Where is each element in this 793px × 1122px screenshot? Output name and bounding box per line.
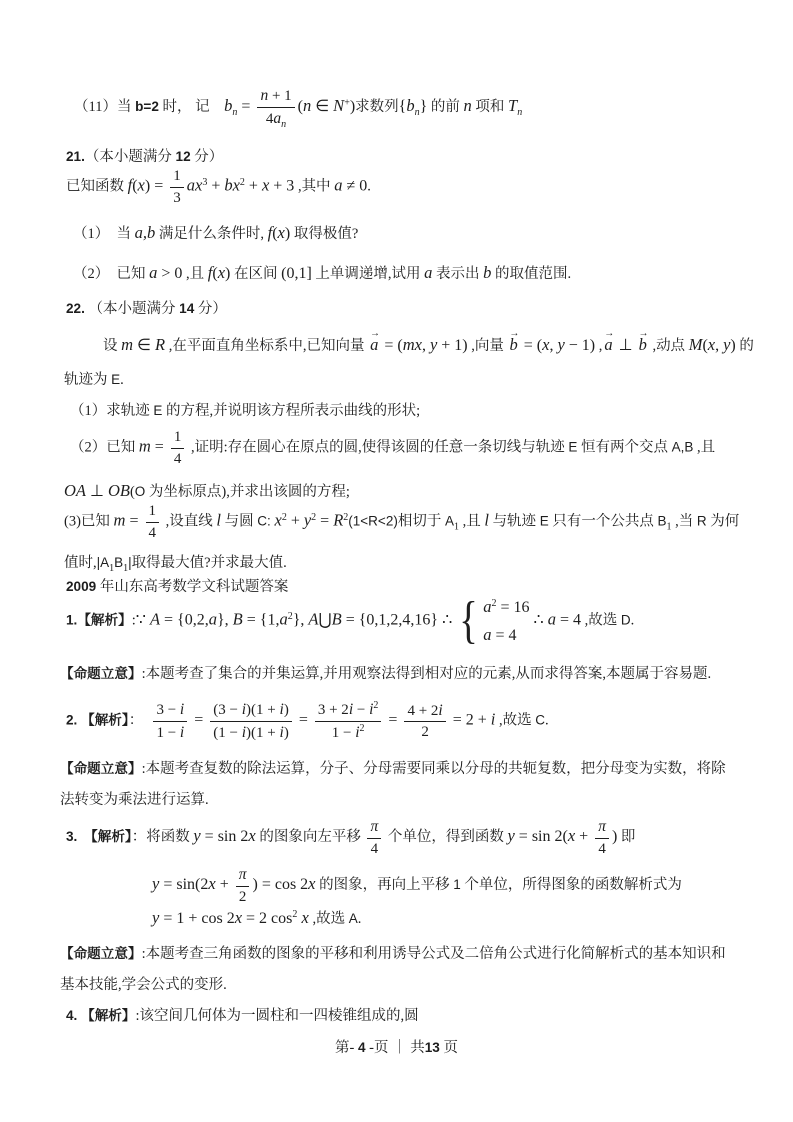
math-text: 4	[598, 841, 606, 857]
math-text: ) = cos 2	[252, 876, 308, 893]
math-text: > 0	[157, 265, 182, 282]
text-run: ,	[595, 338, 602, 354]
math-text: 1 −	[332, 725, 355, 741]
fraction-numerator: 3 + 2i − i2	[315, 700, 382, 722]
text-run: ,当	[671, 514, 696, 530]
math-text: ∈	[311, 98, 333, 115]
fraction-denominator: 2	[404, 722, 445, 742]
math-text: =	[125, 513, 142, 530]
math-text: 2	[239, 889, 247, 905]
sans-text-run: C	[535, 713, 545, 728]
math-var: π	[598, 818, 606, 835]
text-run: .	[545, 713, 549, 729]
math-var: n	[303, 96, 311, 115]
sans-text-run: E	[111, 372, 120, 387]
math-text: ≠ 0	[342, 178, 367, 195]
math-var: R	[333, 511, 343, 530]
math-var: y	[557, 335, 564, 354]
text-run: 分）	[194, 301, 227, 317]
text-run: 恒有两个交点	[577, 440, 671, 456]
math-text: 3 −	[156, 702, 179, 718]
math-var: ax	[187, 176, 203, 195]
text-run: 的图象，再向上平移	[316, 877, 454, 893]
math-text: 1	[149, 503, 157, 519]
math-var: A	[150, 610, 160, 629]
vector-symbol: →b	[639, 333, 647, 356]
math-var: m	[114, 511, 126, 530]
math-var: R	[155, 335, 165, 354]
math-text: = sin 2	[201, 828, 249, 845]
bold-text-run: b=2	[135, 99, 159, 114]
bold-text-run: 13	[425, 1040, 440, 1055]
line-q22-header: 22. （本小题满分 14 分）	[66, 299, 227, 319]
math-var: b	[406, 96, 414, 115]
sans-text-run: A	[445, 514, 454, 529]
text-run: ,设直线	[162, 514, 216, 530]
text-run: ,故选	[309, 911, 349, 927]
text-run: .	[631, 613, 635, 629]
text-run: ,其中	[294, 179, 334, 195]
math-var: x	[138, 176, 145, 195]
sans-text-run: C:	[257, 514, 274, 529]
math-text: ∵	[136, 612, 150, 629]
text-run: ,向量	[468, 338, 508, 354]
math-text: = 16	[497, 599, 530, 616]
text-run: 求数列	[355, 99, 399, 115]
system-rows: a2 = 16a = 4	[483, 595, 529, 648]
text-run: 只有一个公共点	[549, 514, 658, 530]
math-var: a	[483, 597, 491, 616]
math-var: a	[548, 610, 556, 629]
line-answer3: 3. 【解析】：将函数 y = sin 2x 的图象向左平移 π4 个单位，得到…	[66, 817, 635, 859]
bold-text-run: 21.	[66, 149, 85, 164]
text-run: ：将函数	[132, 829, 194, 845]
text-run: （1） 当	[73, 226, 135, 242]
math-var: π	[370, 818, 378, 835]
fraction: 13	[170, 167, 184, 208]
fraction: π2	[236, 865, 250, 907]
math-text: = {0,2,	[160, 612, 209, 629]
math-text: },	[217, 612, 233, 629]
math-text: =	[316, 513, 333, 530]
text-run: 的前	[427, 99, 463, 115]
text-run: ,动点	[649, 338, 689, 354]
fraction-denominator: 2	[236, 887, 250, 907]
fraction: 14	[171, 428, 185, 469]
math-var: a	[273, 110, 281, 127]
math-var: B	[332, 610, 342, 629]
math-text: )	[284, 702, 289, 718]
math-var: x	[297, 908, 308, 927]
text-run: ,且	[693, 440, 715, 456]
math-var: T	[508, 96, 517, 115]
text-run: ,故选	[581, 613, 621, 629]
fraction-denominator: 4	[171, 449, 185, 469]
line-q20-part11: （11）当 b=2 时， 记 bn = n + 14an(n ∈ N+)求数列{…	[74, 86, 522, 130]
math-var: x	[274, 511, 281, 530]
text-run: 取得最大值?并求最大值.	[132, 555, 287, 571]
line-q22-part3: (3)已知 m = 14 ,设直线 l 与圆 C: x2 + y2 = R2(1…	[64, 502, 739, 543]
text-run: 基本技能,学会公式的变形.	[60, 977, 227, 993]
line-q22-part2b: OA ⊥ OB(O 为坐标原点),并求出该圆的方程;	[64, 479, 350, 503]
bold-text-run: 【命题立意】	[60, 666, 142, 681]
text-run: .	[358, 911, 362, 927]
math-var: a	[279, 610, 287, 629]
math-text: = (	[380, 337, 402, 354]
bold-text-run: 12	[176, 149, 191, 164]
fraction: 4 + 2i2	[404, 701, 445, 743]
sans-text-run: (1<R<2)	[348, 514, 398, 529]
math-var: i	[180, 701, 184, 718]
math-text: },	[293, 612, 309, 629]
math-var: M	[689, 335, 703, 354]
text-run: 的取值范围.	[491, 266, 571, 282]
brace-system: {a2 = 16a = 4	[456, 595, 529, 648]
text-run: 第-	[335, 1040, 358, 1056]
text-run: :本题考查三角函数的图象的平移和利用诱导公式及二倍角公式进行化简解析式的基本知识…	[142, 946, 726, 962]
line-q21-part1: （1） 当 a,b 满足什么条件时, f(x) 取得极值?	[73, 221, 358, 245]
fraction-numerator: 4 + 2i	[404, 701, 445, 723]
math-var: m	[121, 335, 133, 354]
text-run: 相切于	[398, 514, 445, 530]
math-var: a,b	[135, 223, 156, 242]
math-var: m	[139, 437, 151, 456]
math-var: N	[333, 96, 344, 115]
fraction-numerator: π	[236, 865, 250, 887]
math-var: OA	[64, 481, 86, 500]
math-text: 2	[421, 724, 429, 740]
math-text: = 2 cos	[242, 910, 292, 927]
math-text: ⊥	[86, 483, 108, 500]
math-var: n	[464, 96, 472, 115]
text-run: 值时,	[64, 555, 97, 571]
bold-text-run: 22.	[66, 301, 85, 316]
math-text: =	[384, 712, 401, 729]
fraction-denominator: 4	[595, 839, 609, 859]
line-answer3-line3: y = 1 + cos 2x = 2 cos2 x ,故选 A.	[152, 906, 361, 930]
text-run: 的图象向左平移	[256, 829, 365, 845]
sans-text-run: |A	[97, 555, 110, 570]
sans-text-run: R	[697, 514, 707, 529]
math-var: a	[483, 625, 491, 644]
vector-arrow-icon: →	[509, 327, 519, 341]
line-page-footer: 第- 4 -页 ｜ 共13 页	[0, 1038, 793, 1058]
math-text: −	[353, 702, 369, 718]
math-text: ∈	[133, 337, 155, 354]
sans-text-run: B	[114, 555, 123, 570]
math-text: 1 −	[156, 725, 179, 741]
math-var: i	[438, 702, 442, 719]
sans-text-run: O	[135, 484, 146, 499]
math-text: 3	[173, 190, 181, 206]
subscript: n	[281, 119, 286, 130]
math-text: ∴	[534, 612, 548, 629]
math-text: 4	[174, 451, 182, 467]
math-text: +	[207, 178, 224, 195]
math-text: ,	[422, 337, 430, 354]
math-var: x	[708, 335, 715, 354]
math-text: 1	[174, 429, 182, 445]
line-answer2-intent: 【命题立意】:本题考查复数的除法运算，分子、分母需要同乘以分母的共轭复数，把分母…	[60, 759, 726, 779]
text-run: 即	[617, 829, 635, 845]
line-answer3-intent2: 基本技能,学会公式的变形.	[60, 975, 227, 995]
math-text: (3 −	[213, 702, 241, 718]
fraction: n + 14an	[257, 86, 294, 130]
fraction-denominator: 1 − i	[153, 722, 187, 743]
text-run: （1）求轨迹	[70, 403, 153, 419]
fraction: 3 − i1 − i	[153, 700, 187, 743]
math-text: = 4	[556, 612, 581, 629]
math-var: i	[180, 724, 184, 741]
math-text: = (	[520, 337, 542, 354]
line-q22-part1: （1）求轨迹 E 的方程,并说明该方程所表示曲线的形状;	[70, 401, 420, 421]
math-text: )	[284, 725, 289, 741]
text-run: :本题考查了集合的并集运算,并用观察法得到相对应的元素,从而求得答案,本题属于容…	[142, 666, 712, 682]
text-run: （2）已知	[70, 440, 139, 456]
math-text: + 3	[269, 178, 294, 195]
math-text: =	[151, 439, 168, 456]
math-var: x	[278, 223, 285, 242]
line-answer3-line2: y = sin(2x + π2) = cos 2x 的图象，再向上平移 1 个单…	[152, 865, 682, 907]
vector-arrow-icon: →	[638, 327, 648, 341]
vector-symbol: →a	[604, 333, 612, 356]
vector-arrow-icon: →	[370, 327, 380, 341]
left-brace: {	[459, 595, 478, 647]
math-var: x	[235, 908, 242, 927]
fraction: π4	[595, 817, 609, 859]
math-var: x	[208, 874, 215, 893]
bold-text-run: 2. 【解析】	[66, 713, 129, 728]
text-run: 设	[103, 338, 121, 354]
math-var: y	[193, 826, 200, 845]
text-run: 项和	[472, 99, 508, 115]
line-q21-header: 21.（本小题满分 12 分）	[66, 147, 223, 167]
math-var: OB	[108, 481, 130, 500]
math-text: =	[237, 98, 254, 115]
line-answer1: 1.【解析】:∵ A = {0,2,a}, B = {1,a2}, A⋃B = …	[66, 595, 634, 648]
text-run: 法转变为乘法进行运算.	[60, 792, 209, 808]
line-q21-function: 已知函数 f(x) = 13ax3 + bx2 + x + 3 ,其中 a ≠ …	[66, 167, 371, 208]
text-run: 年山东高考数学文科试题答案	[96, 579, 288, 595]
text-run: ,且	[182, 266, 207, 282]
math-var: a	[209, 610, 217, 629]
bold-text-run: 4. 【解析】	[66, 1008, 136, 1023]
math-var: bx	[224, 176, 240, 195]
math-text: )(1 +	[246, 725, 279, 741]
math-var: B	[233, 610, 243, 629]
line-answer3-intent: 【命题立意】:本题考查三角函数的图象的平移和利用诱导公式及二倍角公式进行化简解析…	[60, 944, 726, 964]
vector-symbol: →a	[370, 333, 378, 356]
text-run: 为何	[707, 514, 740, 530]
document-page: （11）当 b=2 时， 记 bn = n + 14an(n ∈ N+)求数列{…	[0, 0, 793, 1122]
fraction-numerator: (3 − i)(1 + i)	[210, 700, 292, 722]
vector-arrow-icon: →	[604, 327, 614, 341]
fraction-denominator: 4	[146, 523, 160, 543]
math-var: π	[239, 866, 247, 883]
fraction-denominator: 4an	[257, 108, 294, 130]
text-run: 个单位，得到函数	[384, 829, 507, 845]
fraction-denominator: 1 − i2	[315, 722, 382, 743]
bold-text-run: 【命题立意】	[60, 761, 142, 776]
superscript: 2	[373, 700, 378, 711]
text-run: 分）	[191, 149, 224, 165]
math-var: x	[308, 874, 315, 893]
bold-text-run: 4	[358, 1040, 366, 1055]
math-text: = {1,	[243, 612, 280, 629]
fraction-numerator: 1	[170, 167, 184, 188]
line-q21-part2: （2） 已知 a > 0 ,且 f(x) 在区间 (0,1] 上单调递增,试用 …	[73, 261, 571, 285]
text-run: （本小题满分	[85, 149, 176, 165]
text-run: 个单位，所得图象的函数解析式为	[461, 877, 682, 893]
math-text: ,	[715, 337, 723, 354]
text-run: （本小题满分	[85, 301, 179, 317]
sans-text-run: A	[349, 911, 358, 926]
bold-text-run: 3. 【解析】	[66, 829, 132, 844]
text-run: ,证明:存在圆心在原点的圆,使得该圆的任意一条切线与轨迹	[187, 440, 568, 456]
math-text: (0,1]	[281, 265, 312, 282]
sans-text-run: E	[540, 514, 549, 529]
line-answer4: 4. 【解析】:该空间几何体为一圆柱和一四棱锥组成的,圆	[66, 1006, 419, 1026]
text-run: 为坐标原点),并求出该圆的方程;	[145, 484, 350, 500]
math-text: +	[245, 178, 262, 195]
sans-text-run: A,B	[672, 440, 694, 455]
sans-text-run: D	[621, 613, 631, 628]
math-text: = {0,1,2,4,16} ∴	[342, 612, 453, 629]
text-run: 取得极值?	[290, 226, 358, 242]
fraction-numerator: 1	[146, 502, 160, 523]
text-run: 页	[440, 1040, 458, 1056]
text-run: 上单调递增,试用	[312, 266, 424, 282]
fraction-numerator: n + 1	[257, 86, 294, 108]
math-text: =	[190, 712, 207, 729]
math-var: x	[248, 826, 255, 845]
fraction: π4	[367, 817, 381, 859]
text-run: .	[120, 372, 124, 388]
math-text: = 1 + cos 2	[159, 910, 234, 927]
text-run: ：	[129, 713, 151, 729]
sans-text-run: 1	[453, 877, 461, 892]
fraction-denominator: 3	[170, 188, 184, 208]
math-text: (1 −	[213, 725, 241, 741]
system-row: a = 4	[483, 623, 529, 647]
bold-text-run: 14	[179, 301, 194, 316]
text-run: （11）当	[74, 99, 135, 115]
fraction-denominator: (1 − i)(1 + i)	[210, 722, 292, 743]
text-run: 时， 记	[159, 99, 224, 115]
fraction-numerator: 1	[171, 428, 185, 449]
text-run: 表示出	[432, 266, 483, 282]
line-answer2: 2. 【解析】： 3 − i1 − i = (3 − i)(1 + i)(1 −…	[66, 700, 549, 743]
text-run: 满足什么条件时,	[155, 226, 267, 242]
line-answer1-intent: 【命题立意】:本题考查了集合的并集运算,并用观察法得到相对应的元素,从而求得答案…	[60, 664, 711, 684]
text-run: .	[367, 179, 371, 195]
fraction-denominator: 4	[367, 839, 381, 859]
system-row: a2 = 16	[483, 595, 529, 619]
fraction: 3 + 2i − i21 − i2	[315, 700, 382, 743]
math-text: + 1)	[437, 337, 467, 354]
math-text: = 2 +	[449, 712, 491, 729]
math-text: =	[295, 712, 312, 729]
subscript: n	[517, 107, 522, 118]
text-run: 轨迹为	[64, 372, 111, 388]
fraction: (3 − i)(1 + i)(1 − i)(1 + i)	[210, 700, 292, 743]
line-q22-trajectory: 轨迹为 E.	[64, 370, 124, 390]
fraction-numerator: π	[595, 817, 609, 839]
math-var: A	[308, 610, 318, 629]
math-text: + 1	[268, 88, 291, 104]
math-text: 3 + 2	[318, 702, 349, 718]
bold-text-run: 2009	[66, 579, 96, 594]
text-run: ,且	[459, 514, 484, 530]
text-run: :本题考查复数的除法运算，分子、分母需要同乘以分母的共轭复数，把分母变为实数，将…	[142, 761, 726, 777]
text-run: 与圆	[221, 514, 257, 530]
math-text: +	[287, 513, 304, 530]
text-run: 在区间	[230, 266, 281, 282]
fraction-numerator: π	[367, 817, 381, 839]
exam-document: { "page": { "kind": "math-exam-answers",…	[0, 0, 793, 1122]
math-var: y	[507, 826, 514, 845]
text-run: 的方程,并说明该方程所表示曲线的形状;	[162, 403, 420, 419]
math-text: +	[216, 876, 233, 893]
math-text: = sin(2	[159, 876, 208, 893]
math-text: = sin 2(	[515, 828, 568, 845]
line-q22-part2: （2）已知 m = 14 ,证明:存在圆心在原点的圆,使得该圆的任意一条切线与轨…	[70, 428, 715, 469]
text-run: -页 ｜ 共	[366, 1040, 425, 1056]
text-run: (3)已知	[64, 514, 114, 530]
math-text: +	[575, 828, 592, 845]
fraction-numerator: 3 − i	[153, 700, 187, 722]
text-run: 的	[736, 338, 754, 354]
math-var: x	[218, 263, 225, 282]
text-run: 已知函数	[66, 179, 128, 195]
text-run: （2） 已知	[73, 266, 149, 282]
text-run: ,在平面直角坐标系中,已知向量	[165, 338, 368, 354]
math-var: mx	[403, 335, 422, 354]
math-text: )(1 +	[246, 702, 279, 718]
line-q22-setup: 设 m ∈ R ,在平面直角坐标系中,已知向量 →a = (mx, y + 1)…	[103, 333, 754, 357]
text-run: 与轨迹	[489, 514, 540, 530]
math-text: ) =	[145, 178, 167, 195]
math-text: 4 + 2	[407, 703, 438, 719]
math-text: − 1)	[565, 337, 595, 354]
superscript: 2	[360, 723, 365, 734]
fraction: 14	[146, 502, 160, 543]
math-text: 1	[173, 168, 181, 184]
math-text: 4	[371, 841, 379, 857]
math-text: ⊥	[615, 337, 637, 354]
text-run: ,故选	[495, 713, 535, 729]
line-q22-part3b: 值时,|A1B1|取得最大值?并求最大值.	[64, 553, 287, 574]
vector-symbol: →b	[510, 333, 518, 356]
text-run: :该空间几何体为一圆柱和一四棱锥组成的,圆	[136, 1008, 419, 1024]
bold-text-run: 【命题立意】	[60, 946, 142, 961]
math-text: = 4	[492, 627, 517, 644]
math-text: 4	[149, 525, 157, 541]
line-answer2-intent2: 法转变为乘法进行运算.	[60, 790, 209, 810]
bold-text-run: 1.【解析】	[66, 613, 132, 628]
math-text: ⋃	[319, 612, 332, 629]
